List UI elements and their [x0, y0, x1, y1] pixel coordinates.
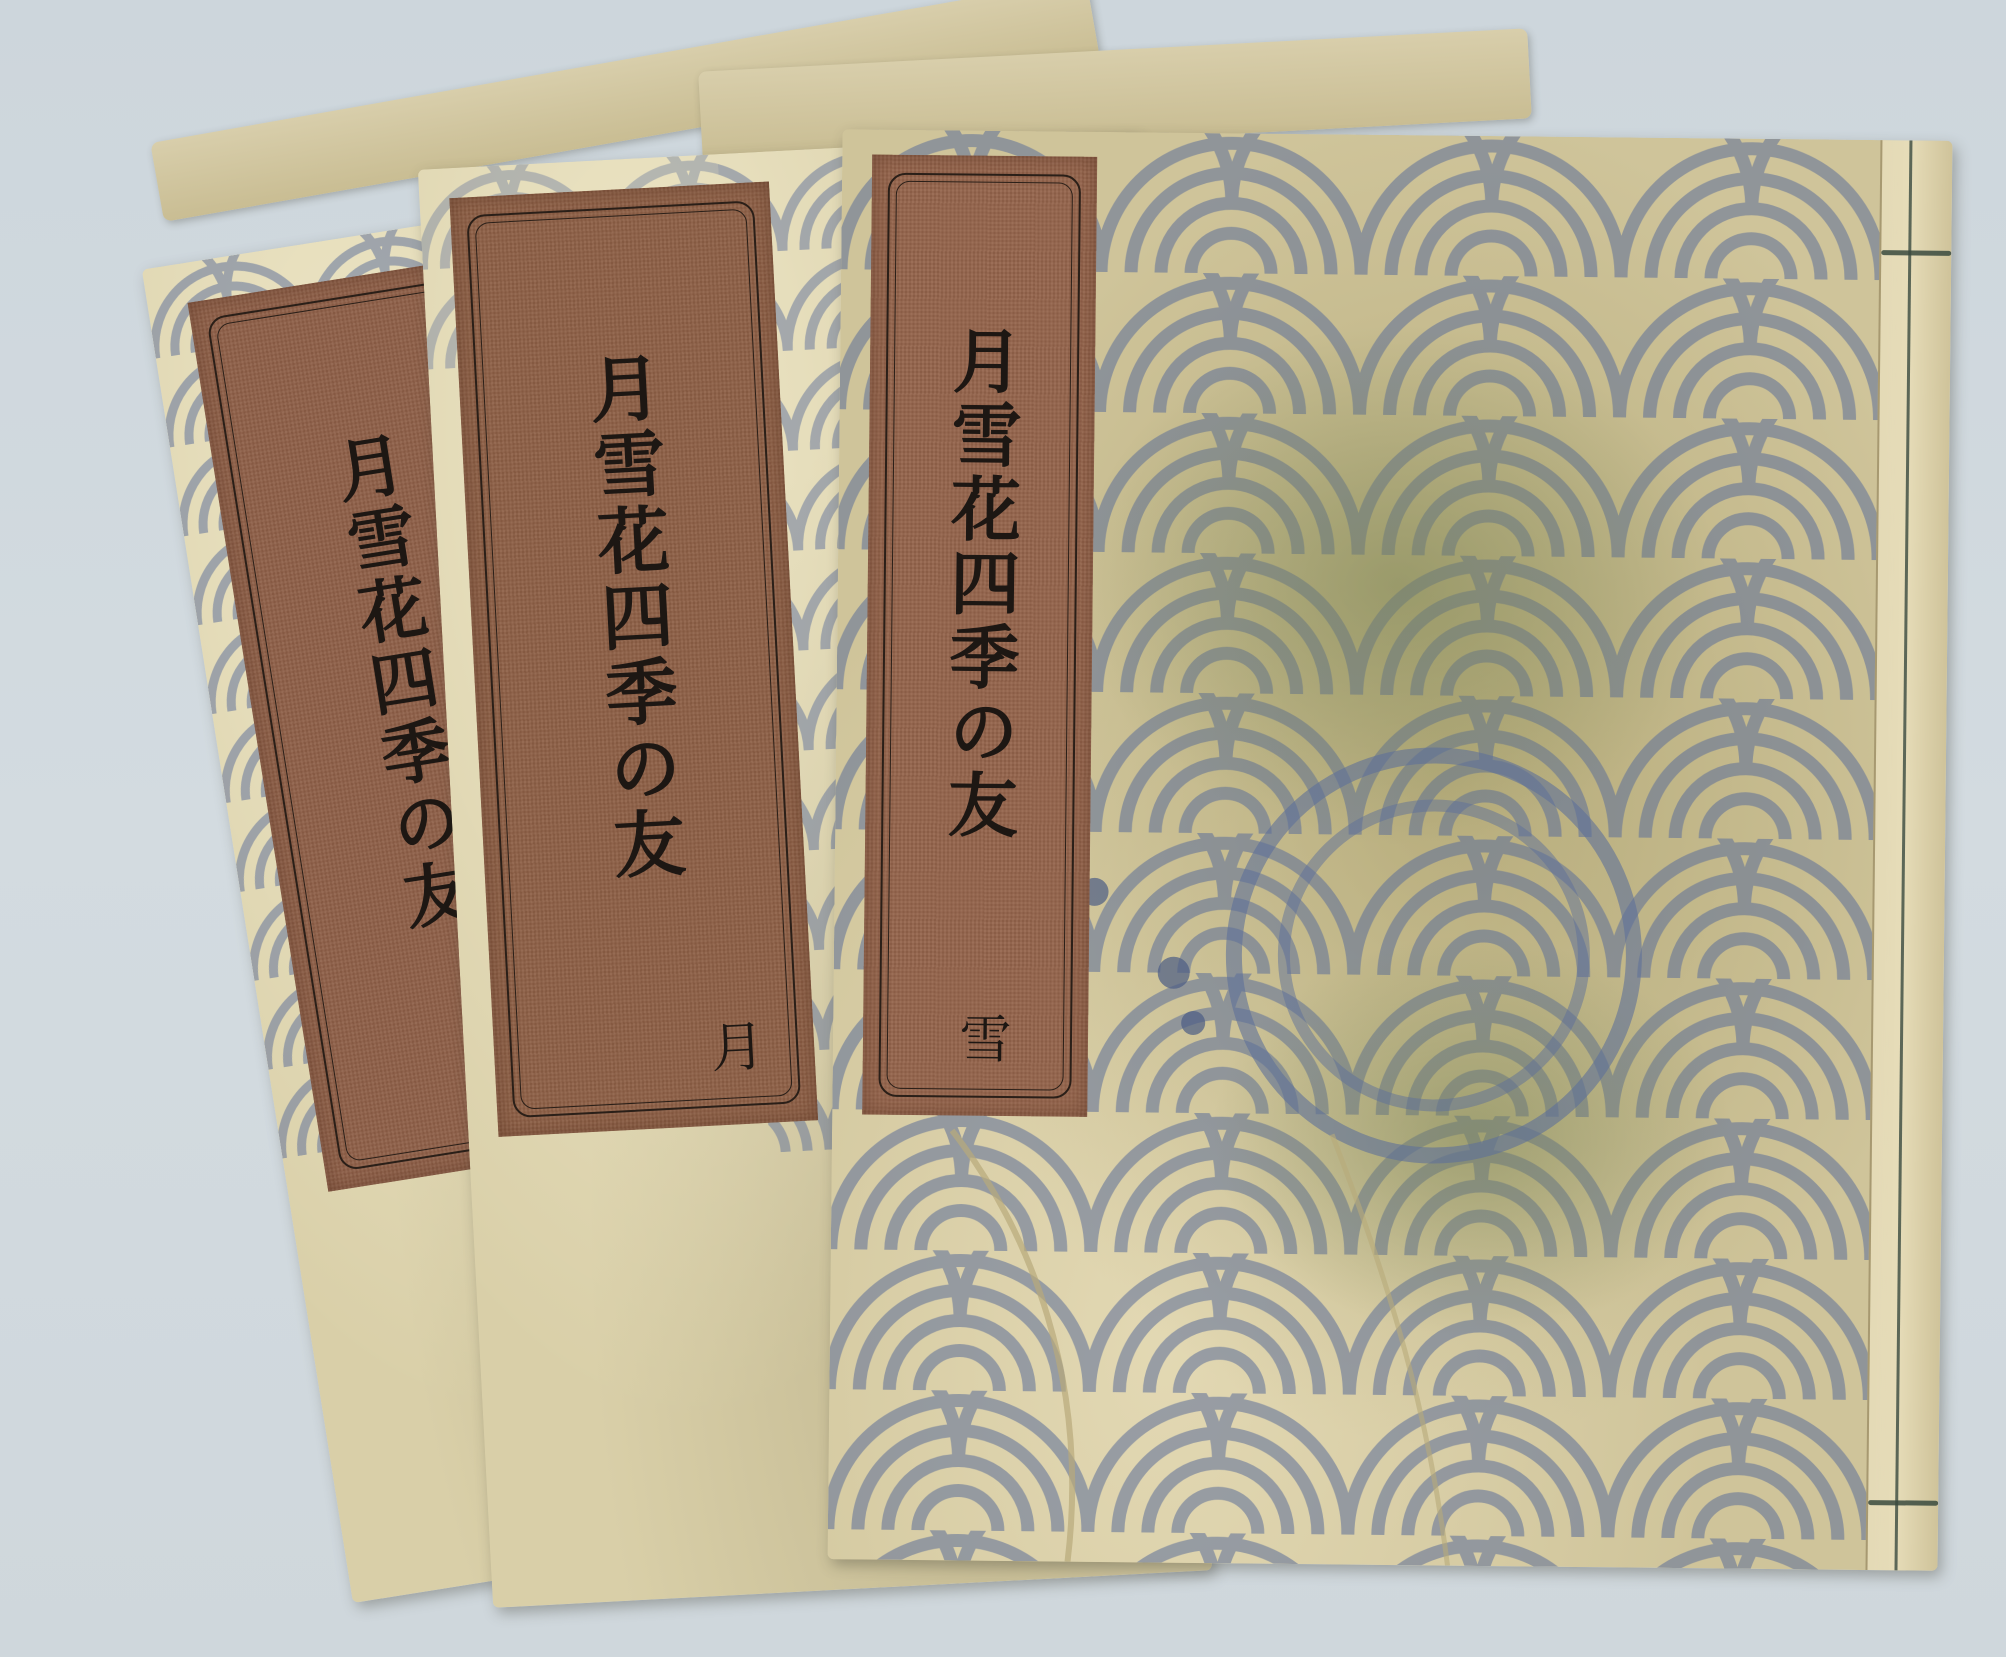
book-title: 月雪花四季の友 [452, 229, 811, 1005]
binding-thread-tie-top [1881, 250, 1951, 256]
photo-scene: 月雪花四季の友 花 月雪花四季の友 月 [0, 0, 2006, 1657]
title-slip: 月雪花四季の友 月 [449, 181, 818, 1136]
book-front-right: 月雪花四季の友 雪 [828, 129, 1953, 1571]
volume-mark: 月 [694, 1017, 774, 1075]
title-slip: 月雪花四季の友 雪 [862, 155, 1097, 1117]
volume-mark: 雪 [943, 1011, 1019, 1064]
binding-thread-tie-bottom [1868, 1500, 1938, 1506]
book-title: 月雪花四季の友 [864, 203, 1097, 965]
